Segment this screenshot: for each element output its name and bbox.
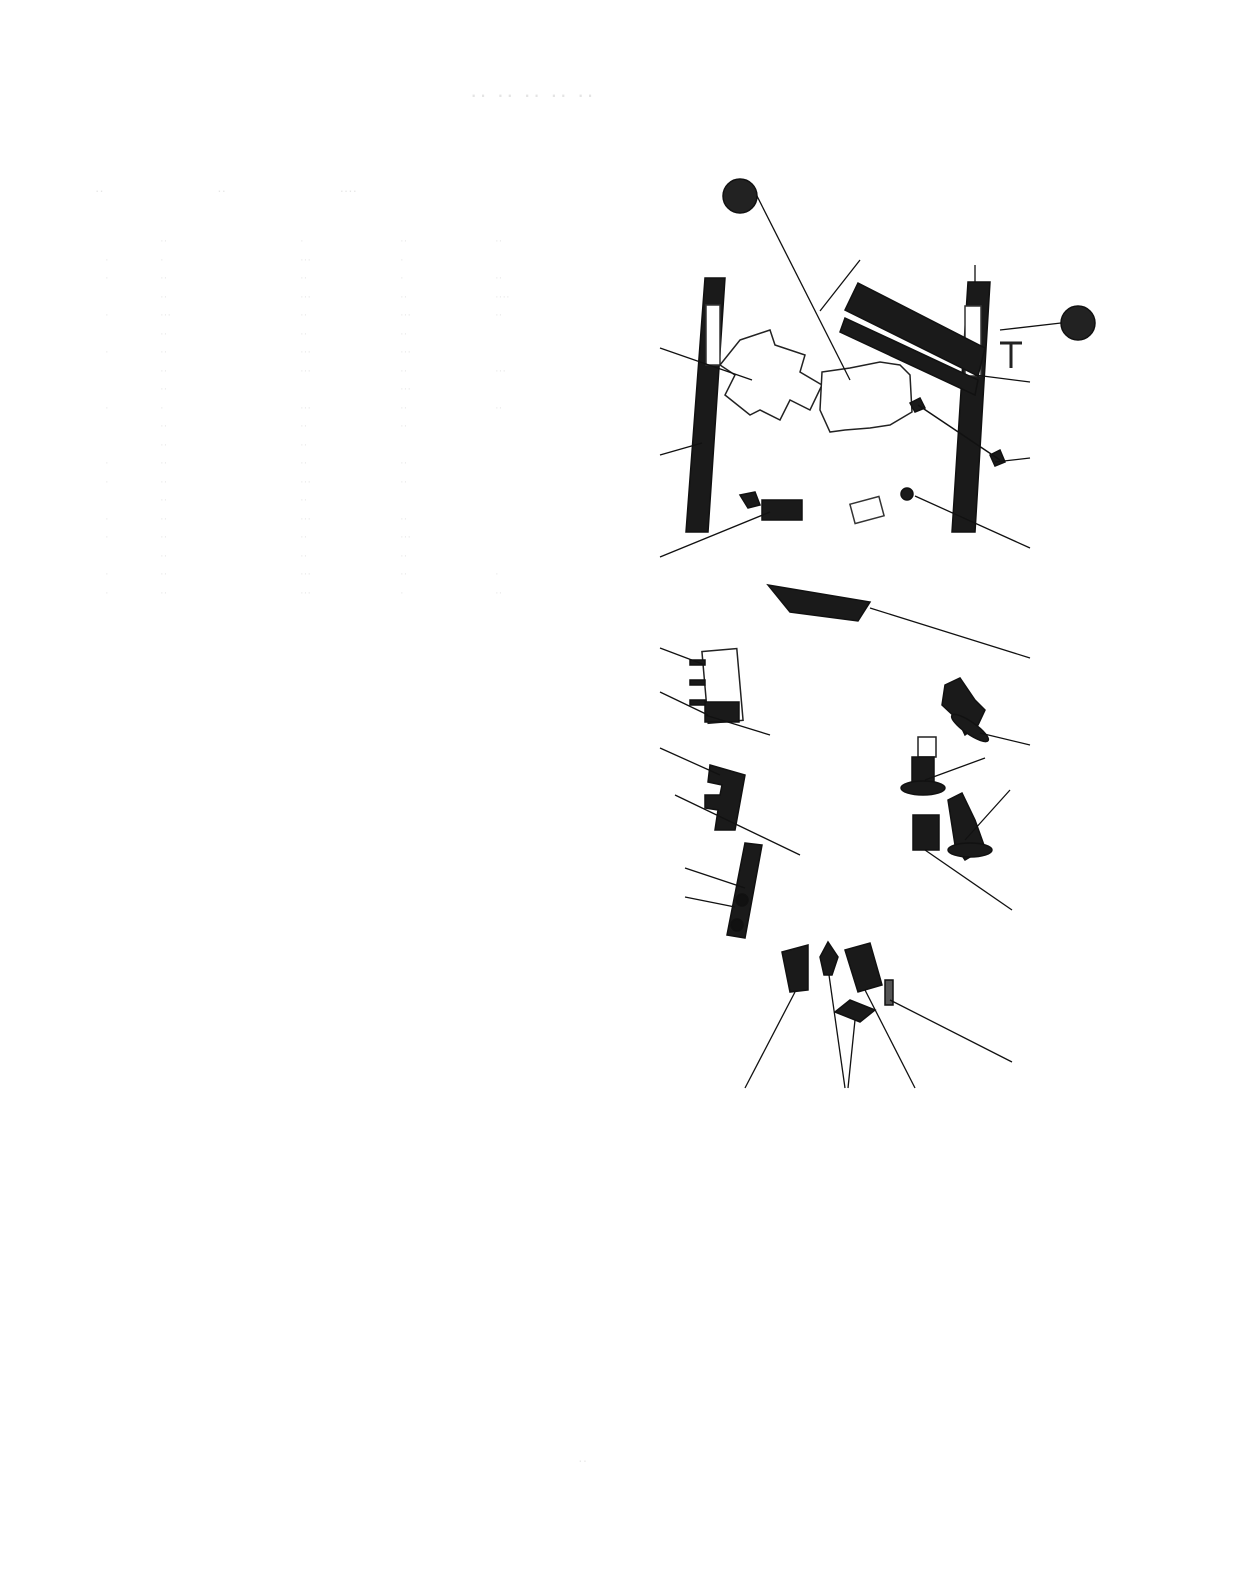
- page-number: ··: [578, 1452, 587, 1468]
- wedge-block: [768, 585, 870, 621]
- bottom-block-a: [782, 945, 808, 992]
- diamond-part: [820, 942, 838, 975]
- left-plate: [720, 330, 822, 420]
- callout-circle-b: [1061, 306, 1095, 340]
- block-left: [762, 500, 802, 520]
- l-bracket: [705, 765, 745, 830]
- center-plate: [820, 362, 912, 432]
- exploded-parts-diagram: [0, 0, 1233, 1592]
- block-right: [913, 815, 939, 850]
- bottom-block-b: [845, 943, 882, 992]
- callout-circle-a: [723, 179, 757, 213]
